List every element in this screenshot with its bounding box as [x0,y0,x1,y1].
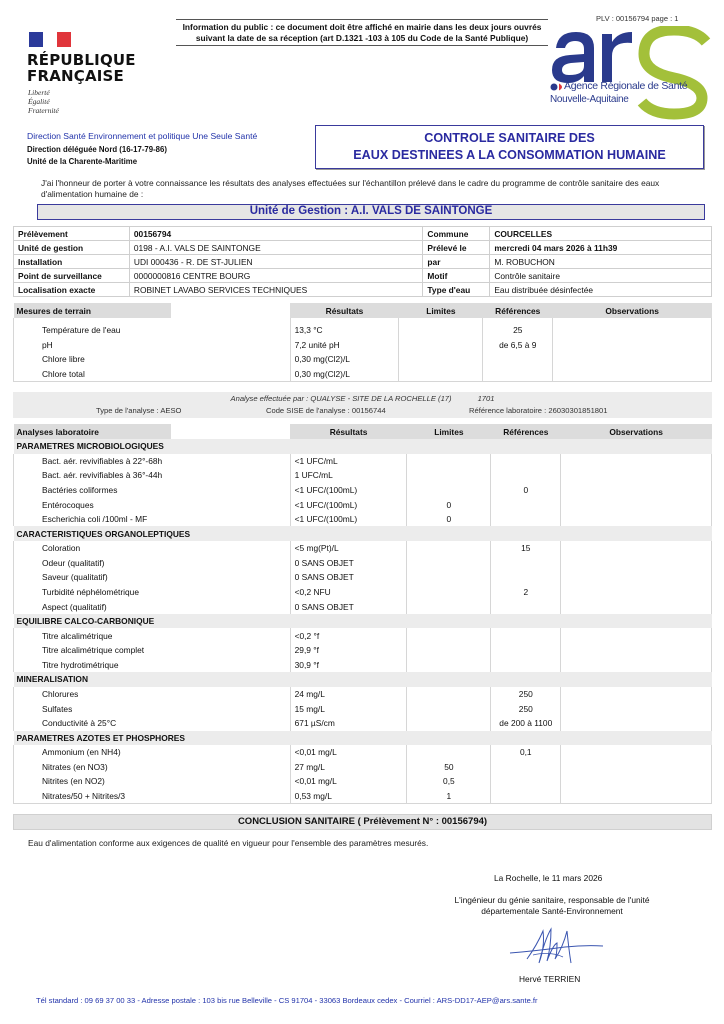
section-header: CARACTERISTIQUES ORGANOLEPTIQUES [14,526,712,541]
parameter-name: Chlore libre [14,352,291,367]
conclusion-text: Eau d'alimentation conforme aux exigence… [28,838,428,848]
parameter-limit [399,367,483,382]
parameter-limit [407,599,491,614]
parameter-limit [407,658,491,673]
parameter-limit [407,541,491,556]
table-row: Entérocoques<1 UFC/(100mL)0 [14,497,712,512]
info-row: Localisation exacteROBINET LAVABO SERVIC… [14,283,712,297]
parameter-result: 7,2 unité pH [290,338,399,353]
parameter-limit [407,687,491,702]
table-row: Saveur (qualitatif) 0 SANS OBJET [14,570,712,585]
parameter-reference [491,628,561,643]
parameter-observation [561,556,712,571]
table-row: Escherichia coli /100ml - MF<1 UFC/(100m… [14,512,712,527]
section-title: PARAMETRES AZOTES ET PHOSPHORES [14,731,712,746]
parameter-observation [561,774,712,789]
table-row: Nitrates (en NO3) 27 mg/L50 [14,760,712,775]
info-row: InstallationUDI 000436 - R. DE ST-JULIEN… [14,255,712,269]
parameter-name: Bact. aér. revivifiables à 22°-68h [14,454,291,469]
section-title: PARAMETRES MICROBIOLOGIQUES [14,439,712,454]
unite-gestion-banner: Unité de Gestion : A.I. VALS DE SAINTONG… [37,204,705,220]
info-label: Point de surveillance [14,269,130,283]
parameter-reference: 250 [491,701,561,716]
table-row: Chlore total0,30 mg(Cl2)/L [14,367,712,382]
parameter-limit: 1 [407,789,491,804]
parameter-reference [491,774,561,789]
analysis-type: Type de l'analyse : AESO [96,406,181,415]
info-label: Motif [423,269,490,283]
parameter-result: 27 mg/L [290,760,407,775]
parameter-name: Bactéries coliformes [14,483,291,498]
parameter-name: Titre alcalimétrique [14,628,291,643]
parameter-reference [491,556,561,571]
direction-name: Direction Santé Environnement et politiq… [27,131,257,141]
parameter-limit [407,556,491,571]
parameter-reference: 25 [483,323,553,338]
parameter-name: Coloration [14,541,291,556]
parameter-result: <1 UFC/(100mL) [290,497,407,512]
lab-analyses-table: Analyses laboratoire Résultats Limites R… [13,424,712,804]
ars-region-name: Nouvelle-Aquitaine [550,94,629,105]
direction-delegate: Direction déléguée Nord (16-17-79-86) [27,145,167,154]
parameter-observation [553,338,712,353]
signer-role: L'ingénieur du génie sanitaire, responsa… [432,895,672,917]
info-label: Commune [423,227,490,241]
parameter-result: 671 µS/cm [290,716,407,731]
section-title: CARACTERISTIQUES ORGANOLEPTIQUES [14,526,712,541]
table-row: Titre alcalimétrique<0,2 °f [14,628,712,643]
table-row: Sulfates 15 mg/L250 [14,701,712,716]
parameter-observation [561,658,712,673]
table-row: Ammonium (en NH4)<0,01 mg/L0,1 [14,745,712,760]
section-header: PARAMETRES AZOTES ET PHOSPHORES [14,731,712,746]
document-title: CONTROLE SANITAIRE DES EAUX DESTINEES A … [315,125,704,169]
table-row: Chlorures 24 mg/L250 [14,687,712,702]
parameter-limit: 0,5 [407,774,491,789]
parameter-result: 1 UFC/mL [290,468,407,483]
info-label: Unité de gestion [14,241,130,255]
table-row: Titre hydrotimétrique 30,9 °f [14,658,712,673]
info-value: Contrôle sanitaire [490,269,712,283]
parameter-observation [561,483,712,498]
parameter-observation [561,454,712,469]
intro-text: J'ai l'honneur de porter à votre connais… [41,178,701,200]
parameter-result: <0,01 mg/L [290,745,407,760]
parameter-name: Conductivité à 25°C [14,716,291,731]
table-row: Conductivité à 25°C 671 µS/cmde 200 à 11… [14,716,712,731]
parameter-observation [561,585,712,600]
parameter-observation [561,687,712,702]
section-title: EQUILIBRE CALCO-CARBONIQUE [14,614,712,629]
parameter-limit [399,338,483,353]
marianne-flag-icon [29,32,71,47]
table-row: Coloration<5 mg(Pt)/L15 [14,541,712,556]
republic-motto: Liberté Égalité Fraternité [28,88,59,115]
parameter-reference [491,512,561,527]
info-value: COURCELLES [490,227,712,241]
sise-code: Code SISE de l'analyse : 00156744 [266,406,386,415]
parameter-limit [407,643,491,658]
parameter-reference: 250 [491,687,561,702]
parameter-limit [407,716,491,731]
parameter-reference [491,760,561,775]
parameter-name: Nitrates/50 + Nitrites/3 [14,789,291,804]
parameter-observation [561,643,712,658]
info-row: Point de surveillance0000000816 CENTRE B… [14,269,712,283]
footer-contact: Tél standard : 09 69 37 00 33 - Adresse … [36,996,538,1005]
parameter-result: <5 mg(Pt)/L [290,541,407,556]
info-value: 00156794 [129,227,423,241]
parameter-result: <0,2 °f [290,628,407,643]
info-label: Prélèvement [14,227,130,241]
parameter-limit [407,570,491,585]
parameter-result: 24 mg/L [290,687,407,702]
parameter-result: <1 UFC/(100mL) [290,483,407,498]
table-row: Chlore libre0,30 mg(Cl2)/L [14,352,712,367]
info-label: par [423,255,490,269]
parameter-name: pH [14,338,291,353]
ars-agency-name: Agence Régionale de Santé [564,80,687,92]
parameter-name: Escherichia coli /100ml - MF [14,512,291,527]
parameter-observation [561,497,712,512]
field-measurements-table: Mesures de terrain Résultats Limites Réf… [13,303,712,382]
parameter-reference [491,497,561,512]
parameter-result: 0,30 mg(Cl2)/L [290,352,399,367]
info-row: Prélèvement00156794CommuneCOURCELLES [14,227,712,241]
parameter-observation [553,323,712,338]
parameter-limit [407,628,491,643]
parameter-reference [491,789,561,804]
parameter-result: <1 UFC/(100mL) [290,512,407,527]
table-row: Odeur (qualitatif) 0 SANS OBJET [14,556,712,571]
parameter-name: Entérocoques [14,497,291,512]
info-value: Eau distribuée désinfectée [490,283,712,297]
parameter-name: Sulfates [14,701,291,716]
table-row: Turbidité néphélométrique<0,2 NFU2 [14,585,712,600]
info-value: ROBINET LAVABO SERVICES TECHNIQUES [129,283,423,297]
table-header: Mesures de terrain Résultats Limites Réf… [14,303,712,318]
parameter-name: Bact. aér. revivifiables à 36°-44h [14,468,291,483]
info-label: Type d'eau [423,283,490,297]
parameter-result: 15 mg/L [290,701,407,716]
place-date: La Rochelle, le 11 mars 2026 [494,873,602,883]
parameter-result: 13,3 °C [290,323,399,338]
parameter-reference [483,367,553,382]
parameter-limit [399,352,483,367]
info-label: Prélevé le [423,241,490,255]
table-row: Bactéries coliformes<1 UFC/(100mL)0 [14,483,712,498]
table-row: Température de l'eau13,3 °C25 [14,323,712,338]
parameter-result: <0,2 NFU [290,585,407,600]
parameter-result: 29,9 °f [290,643,407,658]
parameter-limit: 0 [407,497,491,512]
table-header: Analyses laboratoire Résultats Limites R… [14,424,712,439]
parameter-result: 0,53 mg/L [290,789,407,804]
parameter-observation [561,541,712,556]
parameter-observation [561,468,712,483]
parameter-name: Titre hydrotimétrique [14,658,291,673]
section-header: PARAMETRES MICROBIOLOGIQUES [14,439,712,454]
table-row: Nitrates/50 + Nitrites/3 0,53 mg/L1 [14,789,712,804]
parameter-observation [561,745,712,760]
table-row: Nitrites (en NO2)<0,01 mg/L0,5 [14,774,712,789]
table-row: Bact. aér. revivifiables à 36°-44h 1 UFC… [14,468,712,483]
parameter-limit: 50 [407,760,491,775]
sample-info-table: Prélèvement00156794CommuneCOURCELLESUnit… [13,226,712,297]
parameter-limit [407,454,491,469]
parameter-observation [561,760,712,775]
parameter-result: 30,9 °f [290,658,407,673]
parameter-reference [491,454,561,469]
parameter-reference: 0,1 [491,745,561,760]
parameter-reference [491,643,561,658]
section-title: MINERALISATION [14,672,712,687]
info-value: 0000000816 CENTRE BOURG [129,269,423,283]
section-header: MINERALISATION [14,672,712,687]
info-label: Localisation exacte [14,283,130,297]
table-row: Aspect (qualitatif) 0 SANS OBJET [14,599,712,614]
parameter-reference: de 200 à 1100 [491,716,561,731]
parameter-observation [561,570,712,585]
lab-info-box: Analyse effectuée par : QUALYSE - SITE D… [13,392,712,418]
parameter-limit [407,701,491,716]
parameter-result: 0 SANS OBJET [290,556,407,571]
parameter-limit [407,745,491,760]
info-row: Unité de gestion0198 - A.I. VALS DE SAIN… [14,241,712,255]
parameter-name: Aspect (qualitatif) [14,599,291,614]
parameter-name: Température de l'eau [14,323,291,338]
parameter-name: Nitrites (en NO2) [14,774,291,789]
parameter-reference [491,570,561,585]
signature-icon [505,925,605,970]
parameter-name: Ammonium (en NH4) [14,745,291,760]
parameter-result: 0,30 mg(Cl2)/L [290,367,399,382]
parameter-name: Nitrates (en NO3) [14,760,291,775]
parameter-limit [407,585,491,600]
parameter-result: <0,01 mg/L [290,774,407,789]
parameter-result: <1 UFC/mL [290,454,407,469]
parameter-reference [491,468,561,483]
info-value: 0198 - A.I. VALS DE SAINTONGE [129,241,423,255]
table-row: Bact. aér. revivifiables à 22°-68h<1 UFC… [14,454,712,469]
parameter-observation [561,599,712,614]
parameter-reference [491,658,561,673]
parameter-reference [483,352,553,367]
conclusion-title: CONCLUSION SANITAIRE ( Prélèvement N° : … [13,814,712,830]
parameter-limit [407,468,491,483]
signer-name: Hervé TERRIEN [519,974,580,984]
info-value: mercredi 04 mars 2026 à 11h39 [490,241,712,255]
ars-logo-icon [548,26,718,122]
parameter-observation [561,789,712,804]
parameter-observation [553,352,712,367]
parameter-observation [561,628,712,643]
parameter-observation [561,716,712,731]
parameter-observation [553,367,712,382]
parameter-name: Odeur (qualitatif) [14,556,291,571]
parameter-name: Titre alcalimétrique complet [14,643,291,658]
plv-reference: PLV : 00156794 page : 1 [596,14,678,23]
parameter-reference: 0 [491,483,561,498]
parameter-observation [561,701,712,716]
parameter-result: 0 SANS OBJET [290,570,407,585]
parameter-result: 0 SANS OBJET [290,599,407,614]
table-row: Titre alcalimétrique complet 29,9 °f [14,643,712,658]
parameter-name: Chlorures [14,687,291,702]
section-header: EQUILIBRE CALCO-CARBONIQUE [14,614,712,629]
parameter-limit [399,323,483,338]
lab-reference: Référence laboratoire : 26030301851801 [469,406,607,415]
info-label: Installation [14,255,130,269]
parameter-reference [491,599,561,614]
info-value: M. ROBUCHON [490,255,712,269]
parameter-reference: 2 [491,585,561,600]
public-notice: Information du public : ce document doit… [176,19,548,46]
parameter-name: Turbidité néphélométrique [14,585,291,600]
parameter-reference: 15 [491,541,561,556]
parameter-name: Saveur (qualitatif) [14,570,291,585]
parameter-limit: 0 [407,512,491,527]
unit-name: Unité de la Charente-Maritime [27,157,137,166]
parameter-name: Chlore total [14,367,291,382]
republic-name: RÉPUBLIQUE FRANÇAISE [27,52,136,84]
parameter-reference: de 6,5 à 9 [483,338,553,353]
table-row: pH7,2 unité pHde 6,5 à 9 [14,338,712,353]
parameter-observation [561,512,712,527]
parameter-limit [407,483,491,498]
info-value: UDI 000436 - R. DE ST-JULIEN [129,255,423,269]
